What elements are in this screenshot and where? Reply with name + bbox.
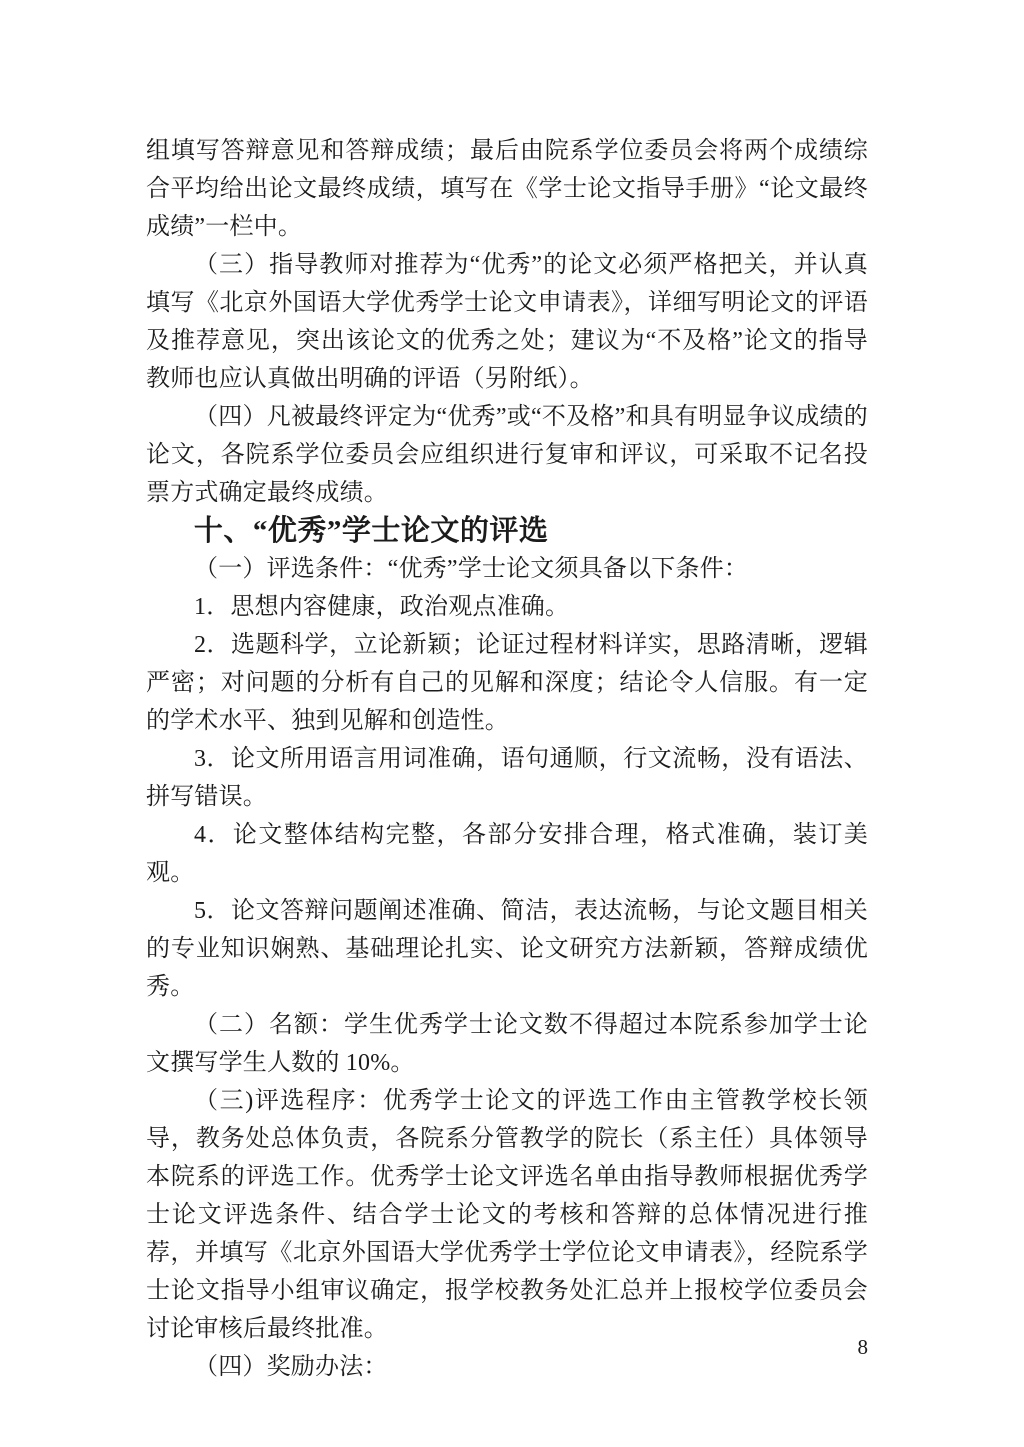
page-footer: 8 [146,1334,868,1360]
paragraph: 组填写答辩意见和答辩成绩；最后由院系学位委员会将两个成绩综合平均给出论文最终成绩… [146,132,868,246]
list-item: 5．论文答辩问题阐述准确、简洁，表达流畅，与论文题目相关的专业知识娴熟、基础理论… [146,892,868,1006]
list-item: 2．选题科学，立论新颖；论证过程材料详实，思路清晰，逻辑严密；对问题的分析有自己… [146,626,868,740]
section-heading: 十、“优秀”学士论文的评选 [146,512,868,550]
paragraph: （四）凡被最终评定为“优秀”或“不及格”和具有明显争议成绩的论文，各院系学位委员… [146,398,868,512]
paragraph: （一）评选条件：“优秀”学士论文须具备以下条件： [146,550,868,588]
paragraph: （三）指导教师对推荐为“优秀”的论文必须严格把关，并认真填写《北京外国语大学优秀… [146,246,868,398]
paragraph: （三)评选程序：优秀学士论文的评选工作由主管教学校长领导，教务处总体负责，各院系… [146,1082,868,1348]
list-item: 1．思想内容健康，政治观点准确。 [146,588,868,626]
list-item: 4．论文整体结构完整，各部分安排合理，格式准确，装订美观。 [146,816,868,892]
paragraph: （二）名额：学生优秀学士论文数不得超过本院系参加学士论文撰写学生人数的 10%。 [146,1006,868,1082]
page-number: 8 [858,1335,869,1359]
list-item: 3．论文所用语言用词准确，语句通顺，行文流畅，没有语法、拼写错误。 [146,740,868,816]
document-body: 组填写答辩意见和答辩成绩；最后由院系学位委员会将两个成绩综合平均给出论文最终成绩… [146,132,868,1386]
document-page: 组填写答辩意见和答辩成绩；最后由院系学位委员会将两个成绩综合平均给出论文最终成绩… [0,0,1024,1447]
